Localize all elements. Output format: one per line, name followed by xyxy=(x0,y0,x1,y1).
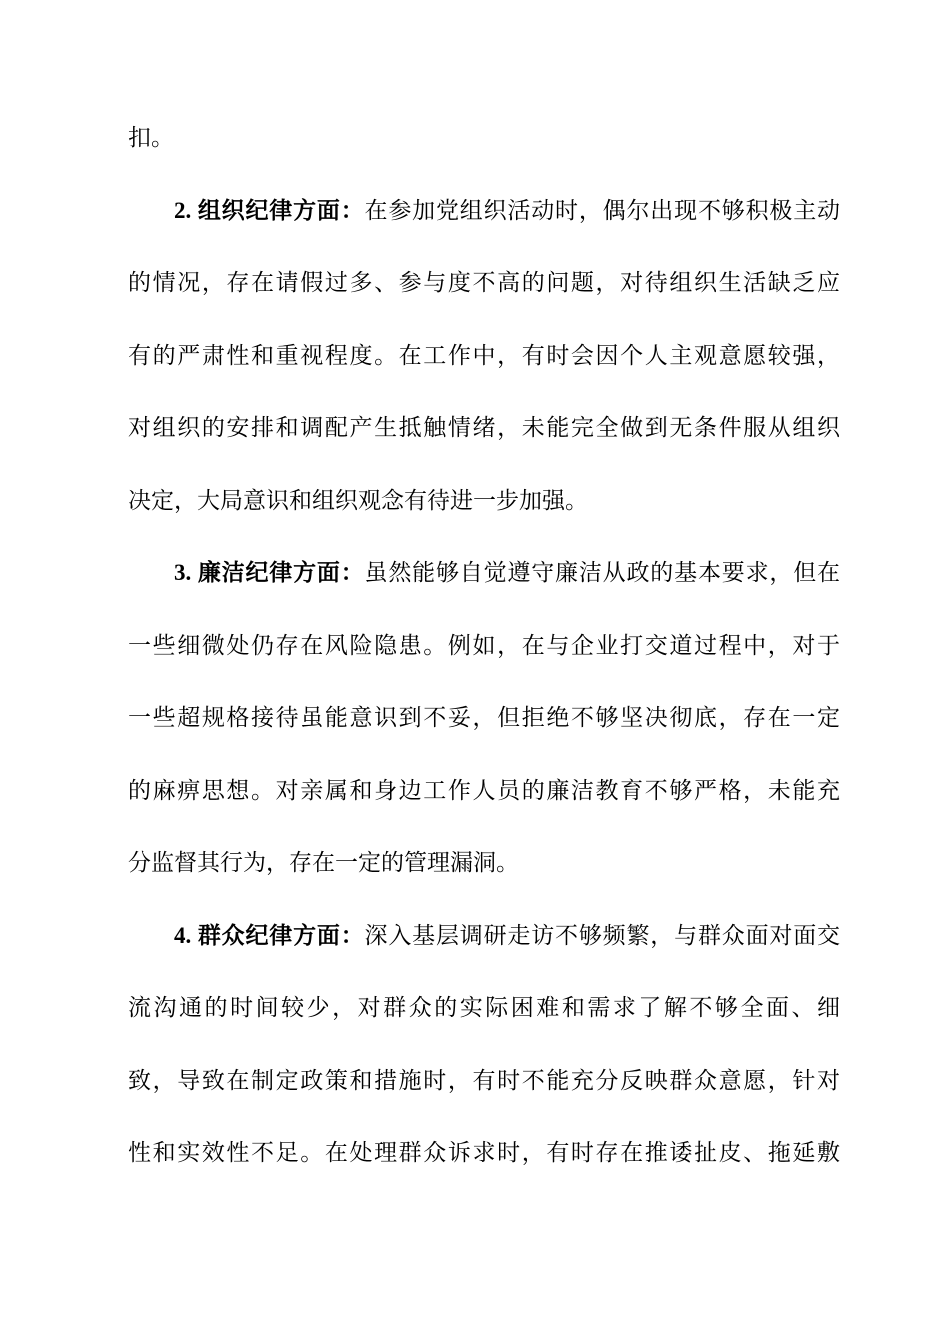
text-line: 决定，大局意识和组织观念有待进一步加强。 xyxy=(128,465,840,538)
paragraph-3-integrity-discipline: 3. 廉洁纪律方面：虽然能够自觉遵守廉洁从政的基本要求，但在一些细微处仍存在风险… xyxy=(128,537,840,900)
body-text-run: 一些超规格接待虽能意识到不妥，但拒绝不够坚决彻底，存在一定 xyxy=(128,705,840,730)
text-line: 的情况，存在请假过多、参与度不高的问题，对待组织生活缺乏应 xyxy=(128,247,840,320)
section-heading-run: 3. 廉洁纪律方面： xyxy=(174,560,365,585)
document-body: 扣。2. 组织纪律方面：在参加党组织活动时，偶尔出现不够积极主动的情况，存在请假… xyxy=(128,102,840,1190)
body-text-run: 对组织的安排和调配产生抵触情绪，未能完全做到无条件服从组织 xyxy=(128,415,840,440)
body-text-run: 深入基层调研走访不够频繁，与群众面对面交 xyxy=(365,923,840,948)
section-heading-run: 2. 组织纪律方面： xyxy=(174,198,365,223)
text-line: 的麻痹思想。对亲属和身边工作人员的廉洁教育不够严格，未能充 xyxy=(128,755,840,828)
section-heading-run: 4. 群众纪律方面： xyxy=(174,923,365,948)
text-line: 一些超规格接待虽能意识到不妥，但拒绝不够坚决彻底，存在一定 xyxy=(128,682,840,755)
text-line: 扣。 xyxy=(128,102,840,175)
body-text-run: 扣。 xyxy=(128,125,174,150)
body-text-run: 决定，大局意识和组织观念有待进一步加强。 xyxy=(128,488,588,513)
body-text-run: 一些细微处仍存在风险隐患。例如，在与企业打交道过程中，对于 xyxy=(128,633,840,658)
text-line: 2. 组织纪律方面：在参加党组织活动时，偶尔出现不够积极主动 xyxy=(128,175,840,248)
text-line: 分监督其行为，存在一定的管理漏洞。 xyxy=(128,827,840,900)
body-text-run: 的麻痹思想。对亲属和身边工作人员的廉洁教育不够严格，未能充 xyxy=(128,778,840,803)
body-text-run: 性和实效性不足。在处理群众诉求时，有时存在推诿扯皮、拖延敷 xyxy=(128,1140,840,1165)
body-text-run: 分监督其行为，存在一定的管理漏洞。 xyxy=(128,850,519,875)
body-text-run: 致，导致在制定政策和措施时，有时不能充分反映群众意愿，针对 xyxy=(128,1068,840,1093)
body-text-run: 有的严肃性和重视程度。在工作中，有时会因个人主观意愿较强， xyxy=(128,343,840,368)
body-text-run: 虽然能够自觉遵守廉洁从政的基本要求，但在 xyxy=(365,560,840,585)
body-text-run: 在参加党组织活动时，偶尔出现不够积极主动 xyxy=(365,198,840,223)
text-line: 一些细微处仍存在风险隐患。例如，在与企业打交道过程中，对于 xyxy=(128,610,840,683)
document-page: 扣。2. 组织纪律方面：在参加党组织活动时，偶尔出现不够积极主动的情况，存在请假… xyxy=(0,0,950,1344)
body-text-run: 的情况，存在请假过多、参与度不高的问题，对待组织生活缺乏应 xyxy=(128,270,840,295)
text-line: 有的严肃性和重视程度。在工作中，有时会因个人主观意愿较强， xyxy=(128,320,840,393)
paragraph-continuation-top: 扣。 xyxy=(128,102,840,175)
text-line: 4. 群众纪律方面：深入基层调研走访不够频繁，与群众面对面交 xyxy=(128,900,840,973)
text-line: 性和实效性不足。在处理群众诉求时，有时存在推诿扯皮、拖延敷 xyxy=(128,1117,840,1190)
paragraph-2-organizational-discipline: 2. 组织纪律方面：在参加党组织活动时，偶尔出现不够积极主动的情况，存在请假过多… xyxy=(128,175,840,538)
paragraph-4-mass-discipline: 4. 群众纪律方面：深入基层调研走访不够频繁，与群众面对面交流沟通的时间较少，对… xyxy=(128,900,840,1190)
body-text-run: 流沟通的时间较少，对群众的实际困难和需求了解不够全面、细 xyxy=(128,995,840,1020)
text-line: 流沟通的时间较少，对群众的实际困难和需求了解不够全面、细 xyxy=(128,972,840,1045)
text-line: 对组织的安排和调配产生抵触情绪，未能完全做到无条件服从组织 xyxy=(128,392,840,465)
text-line: 3. 廉洁纪律方面：虽然能够自觉遵守廉洁从政的基本要求，但在 xyxy=(128,537,840,610)
text-line: 致，导致在制定政策和措施时，有时不能充分反映群众意愿，针对 xyxy=(128,1045,840,1118)
